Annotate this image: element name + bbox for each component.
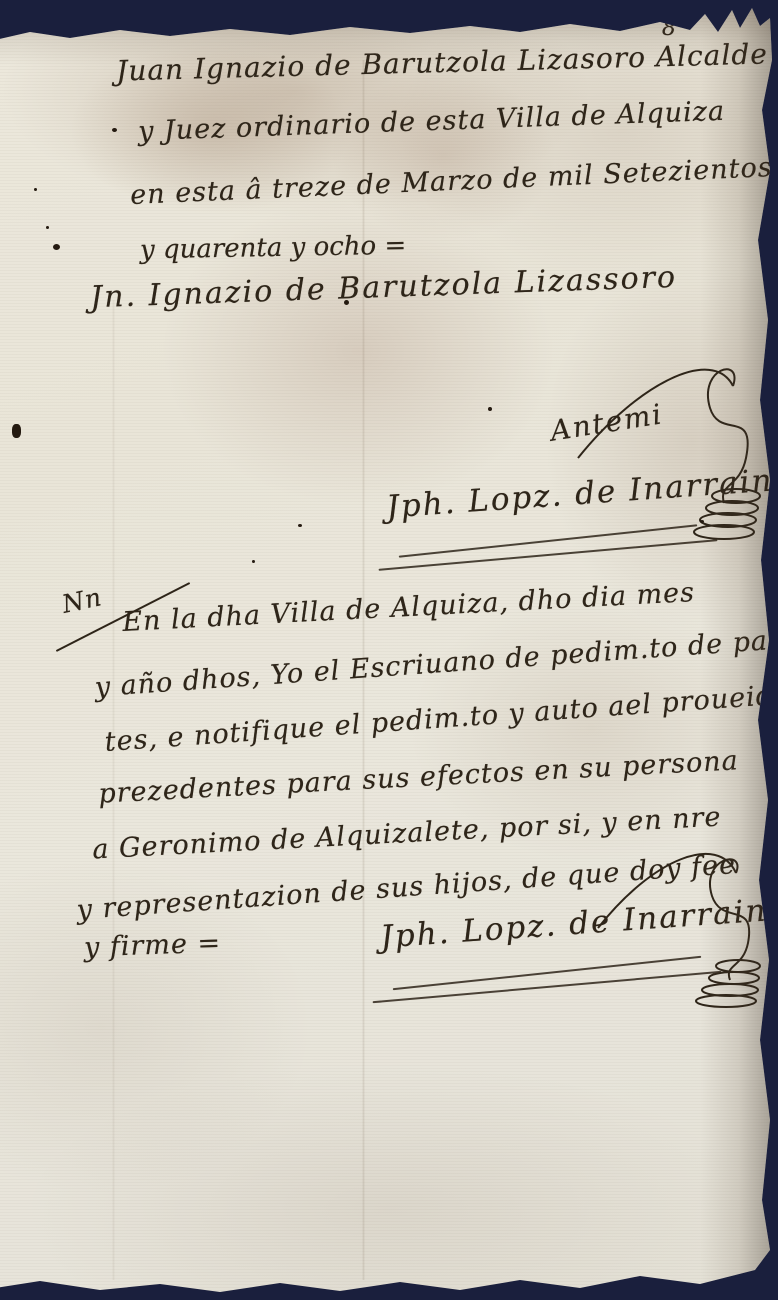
ink-speck (112, 128, 117, 132)
folio-number: 8 (661, 16, 677, 42)
ink-speck (700, 520, 704, 523)
signature-rubric-icon (638, 848, 778, 1013)
body-line-1: En la dha Villa de Alquiza, dho dia mes (122, 577, 696, 638)
scanned-document-page: 8 Juan Ignazio de Barutzola Lizasoro Alc… (0, 0, 778, 1300)
ink-speck (34, 188, 37, 191)
body-line-7: y firme = (84, 928, 222, 964)
manuscript-paper-sheet: 8 Juan Ignazio de Barutzola Lizasoro Alc… (0, 0, 778, 1300)
ink-speck (252, 560, 255, 563)
ink-speck (46, 226, 49, 229)
ink-speck (53, 244, 60, 250)
ink-blot (12, 424, 21, 438)
signature-rubric-icon (628, 338, 778, 548)
alcalde-signature: Jn. Ignazio de Barutzola Lizassoro (90, 260, 678, 315)
heading-line-3: en esta â treze de Marzo de mil Setezien… (130, 152, 774, 211)
heading-line-4: y quarenta y ocho = (140, 231, 407, 266)
ink-speck (298, 524, 302, 527)
body-line-4: prezedentes para sus efectos en su perso… (98, 745, 740, 810)
heading-line-2: y Juez ordinario de esta Villa de Alquiz… (138, 96, 726, 147)
heading-line-1: Juan Ignazio de Barutzola Lizasoro Alcal… (116, 37, 769, 87)
margin-note: Nn (59, 582, 104, 619)
ink-speck (344, 300, 349, 305)
ink-speck (488, 407, 492, 411)
